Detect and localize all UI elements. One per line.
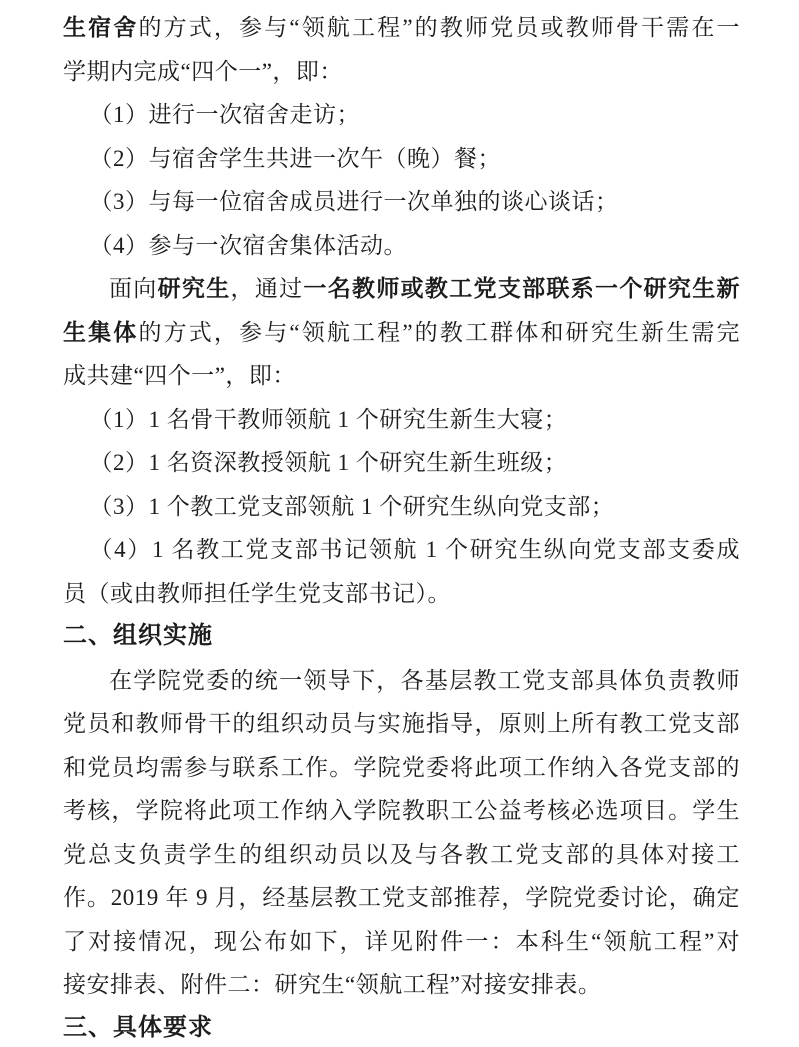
text-segment: 接安排表、附件二：研究生“领航工程”对接安排表。 [63, 972, 601, 997]
section-heading: 二、组织实施 [63, 615, 740, 659]
text-line: （2）与宿舍学生共进一次午（晚）餐； [63, 137, 740, 181]
text-line: 面向研究生，通过一名教师或教工党支部联系一个研究生新 [63, 267, 740, 311]
text-segment: （1）1 名骨干教师领航 1 个研究生新生大寝； [89, 407, 567, 432]
text-segment: （2）1 名资深教授领航 1 个研究生新生班级； [89, 450, 567, 475]
text-segment: （4）1 名教工党支部书记领航 1 个研究生纵向党支部支委成 [89, 537, 740, 562]
text-segment: 了对接情况，现公布如下，详见附件一：本科生“领航工程”对 [63, 929, 740, 954]
bold-text-segment: 二、组织实施 [63, 623, 213, 649]
text-line: 了对接情况，现公布如下，详见附件一：本科生“领航工程”对 [63, 920, 740, 964]
text-line: 学期内完成“四个一”，即： [63, 50, 740, 94]
text-segment: 员（或由教师担任学生党支部书记）。 [63, 581, 451, 606]
document-page: 生宿舍的方式，参与“领航工程”的教师党员或教师骨干需在一学期内完成“四个一”，即… [0, 0, 799, 1047]
text-segment: （4）参与一次宿舍集体活动。 [89, 233, 407, 258]
text-segment: 党总支负责学生的组织动员以及与各教工党支部的具体对接工 [63, 842, 740, 867]
bold-text-segment: 生宿舍 [63, 15, 138, 40]
bold-text-segment: 一名教师或教工党支部联系一个研究生新 [303, 276, 740, 301]
text-segment: 学期内完成“四个一”，即： [63, 59, 343, 84]
text-segment: 党员和教师骨干的组织动员与实施指导，原则上所有教工党支部 [63, 711, 740, 736]
bold-text-segment: 研究生 [158, 276, 231, 301]
text-line: （3）与每一位宿舍成员进行一次单独的谈心谈话； [63, 180, 740, 224]
text-line: 接安排表、附件二：研究生“领航工程”对接安排表。 [63, 963, 740, 1007]
text-segment: 的方式，参与“领航工程”的教工群体和研究生新生需完 [138, 320, 740, 345]
text-line: 成共建“四个一”，即： [63, 354, 740, 398]
text-line: （2）1 名资深教授领航 1 个研究生新生班级； [63, 441, 740, 485]
text-line: （3）1 个教工党支部领航 1 个研究生纵向党支部； [63, 485, 740, 529]
bold-text-segment: 生集体 [63, 320, 138, 345]
text-line: （4）1 名教工党支部书记领航 1 个研究生纵向党支部支委成 [63, 528, 740, 572]
text-line: （1）进行一次宿舍走访； [63, 93, 740, 137]
document-body: 生宿舍的方式，参与“领航工程”的教师党员或教师骨干需在一学期内完成“四个一”，即… [63, 6, 740, 1047]
section-heading: 三、具体要求 [63, 1007, 740, 1047]
text-line: 和党员均需参与联系工作。学院党委将此项工作纳入各党支部的 [63, 746, 740, 790]
text-segment: （1）进行一次宿舍走访； [89, 102, 360, 127]
text-segment: 成共建“四个一”，即： [63, 363, 296, 388]
text-line: 考核，学院将此项工作纳入学院教职工公益考核必选项目。学生 [63, 789, 740, 833]
text-line: （4）参与一次宿舍集体活动。 [63, 224, 740, 268]
text-segment: 的方式，参与“领航工程”的教师党员或教师骨干需在一 [138, 15, 740, 40]
text-segment: 在学院党委的统一领导下，各基层教工党支部具体负责教师 [109, 668, 740, 693]
text-segment: （2）与宿舍学生共进一次午（晚）餐； [89, 146, 501, 171]
text-segment: （3）与每一位宿舍成员进行一次单独的谈心谈话； [89, 189, 618, 214]
bold-text-segment: 三、具体要求 [63, 1015, 213, 1041]
text-segment: 面向 [109, 276, 158, 301]
text-segment: ，通过 [231, 276, 304, 301]
text-segment: 考核，学院将此项工作纳入学院教职工公益考核必选项目。学生 [63, 798, 740, 823]
text-segment: （3）1 个教工党支部领航 1 个研究生纵向党支部； [89, 494, 614, 519]
text-line: 在学院党委的统一领导下，各基层教工党支部具体负责教师 [63, 659, 740, 703]
text-line: 员（或由教师担任学生党支部书记）。 [63, 572, 740, 616]
text-line: （1）1 名骨干教师领航 1 个研究生新生大寝； [63, 398, 740, 442]
text-segment: 和党员均需参与联系工作。学院党委将此项工作纳入各党支部的 [63, 755, 740, 780]
text-line: 作。2019 年 9 月，经基层教工党支部推荐，学院党委讨论，确定 [63, 876, 740, 920]
text-line: 生集体的方式，参与“领航工程”的教工群体和研究生新生需完 [63, 311, 740, 355]
text-segment: 作。2019 年 9 月，经基层教工党支部推荐，学院党委讨论，确定 [63, 885, 740, 910]
text-line: 党员和教师骨干的组织动员与实施指导，原则上所有教工党支部 [63, 702, 740, 746]
text-line: 党总支负责学生的组织动员以及与各教工党支部的具体对接工 [63, 833, 740, 877]
text-line: 生宿舍的方式，参与“领航工程”的教师党员或教师骨干需在一 [63, 6, 740, 50]
